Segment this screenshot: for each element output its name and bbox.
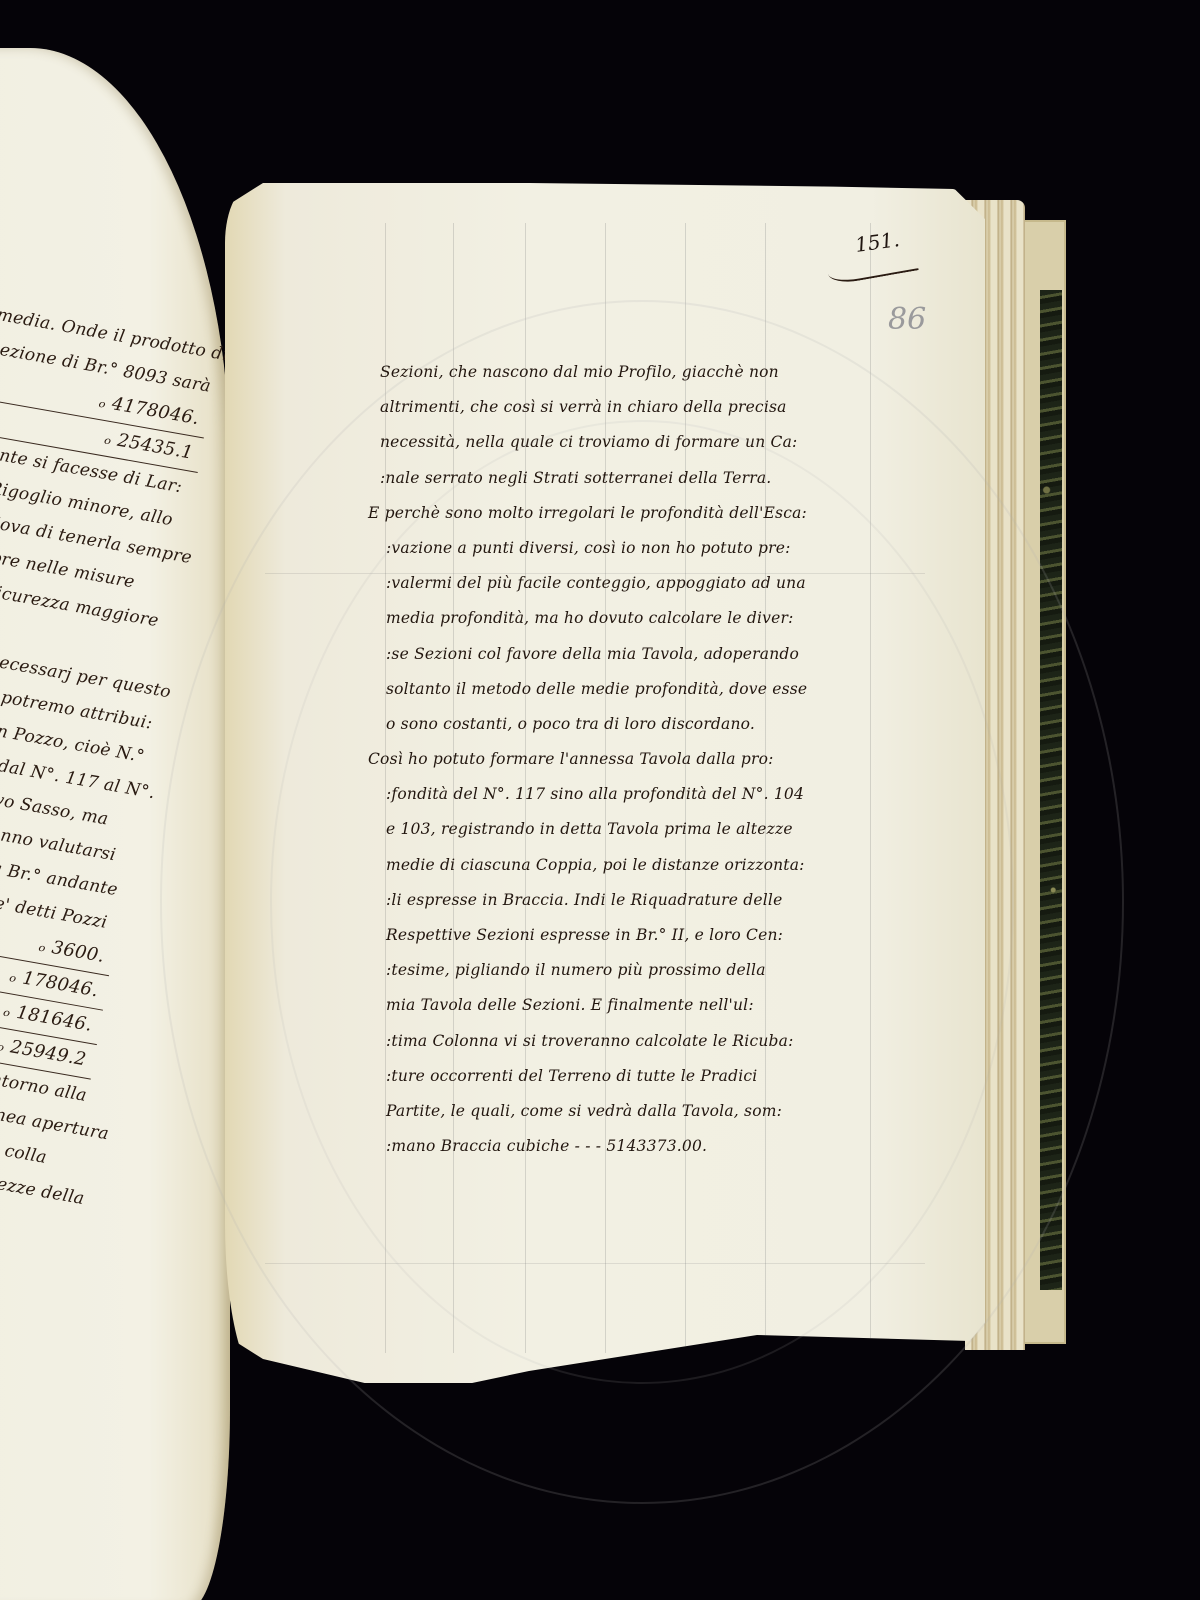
body-line: necessità, nella quale ci troviamo di fo…	[380, 425, 900, 460]
body-line: :ture occorrenti del Terreno di tutte le…	[380, 1059, 900, 1094]
body-line: altrimenti, che così si verrà in chiaro …	[380, 390, 900, 425]
body-line: :se Sezioni col favore della mia Tavola,…	[380, 637, 900, 672]
body-line: medie di ciascuna Coppia, poi le distanz…	[380, 848, 900, 883]
manuscript-photo: media. Onde il prodotto di sezione di Br…	[0, 0, 1200, 1600]
marbled-cover-board	[1040, 290, 1062, 1290]
ruling-line	[265, 1263, 925, 1264]
left-page-text: media. Onde il prodotto di sezione di Br…	[0, 298, 222, 1214]
body-total-line: :mano Braccia cubiche - - - 5143373.00.	[380, 1129, 900, 1164]
body-line: :tima Colonna vi si troveranno calcolate…	[380, 1024, 900, 1059]
body-line: o sono costanti, o poco tra di loro disc…	[380, 707, 900, 742]
body-line: :fondità del N°. 117 sino alla profondit…	[380, 777, 900, 812]
body-line: :nale serrato negli Strati sotterranei d…	[380, 461, 900, 496]
body-line: Respettive Sezioni espresse in Br.° II, …	[380, 918, 900, 953]
body-line: Sezioni, che nascono dal mio Profilo, gi…	[380, 355, 900, 390]
body-line: :vazione a punti diversi, così io non ho…	[380, 531, 900, 566]
body-line: :valermi del più facile conteggio, appog…	[380, 566, 900, 601]
body-line: :tesime, pigliando il numero più prossim…	[380, 953, 900, 988]
body-line: Così ho potuto formare l'annessa Tavola …	[368, 742, 900, 777]
body-line: media profondità, ma ho dovuto calcolare…	[380, 601, 900, 636]
body-line: soltanto il metodo delle medie profondit…	[380, 672, 900, 707]
body-line: E perchè sono molto irregolari le profon…	[368, 496, 900, 531]
body-line: e 103, registrando in detta Tavola prima…	[380, 812, 900, 847]
body-line: :li espresse in Braccia. Indi le Riquadr…	[380, 883, 900, 918]
body-line: Partite, le quali, come si vedrà dalla T…	[380, 1094, 900, 1129]
left-page: media. Onde il prodotto di sezione di Br…	[0, 48, 230, 1600]
pencil-folio-number: 86	[888, 302, 926, 337]
body-line: mia Tavola delle Sezioni. E finalmente n…	[380, 988, 900, 1023]
right-page-text: Sezioni, che nascono dal mio Profilo, gi…	[380, 355, 900, 1164]
